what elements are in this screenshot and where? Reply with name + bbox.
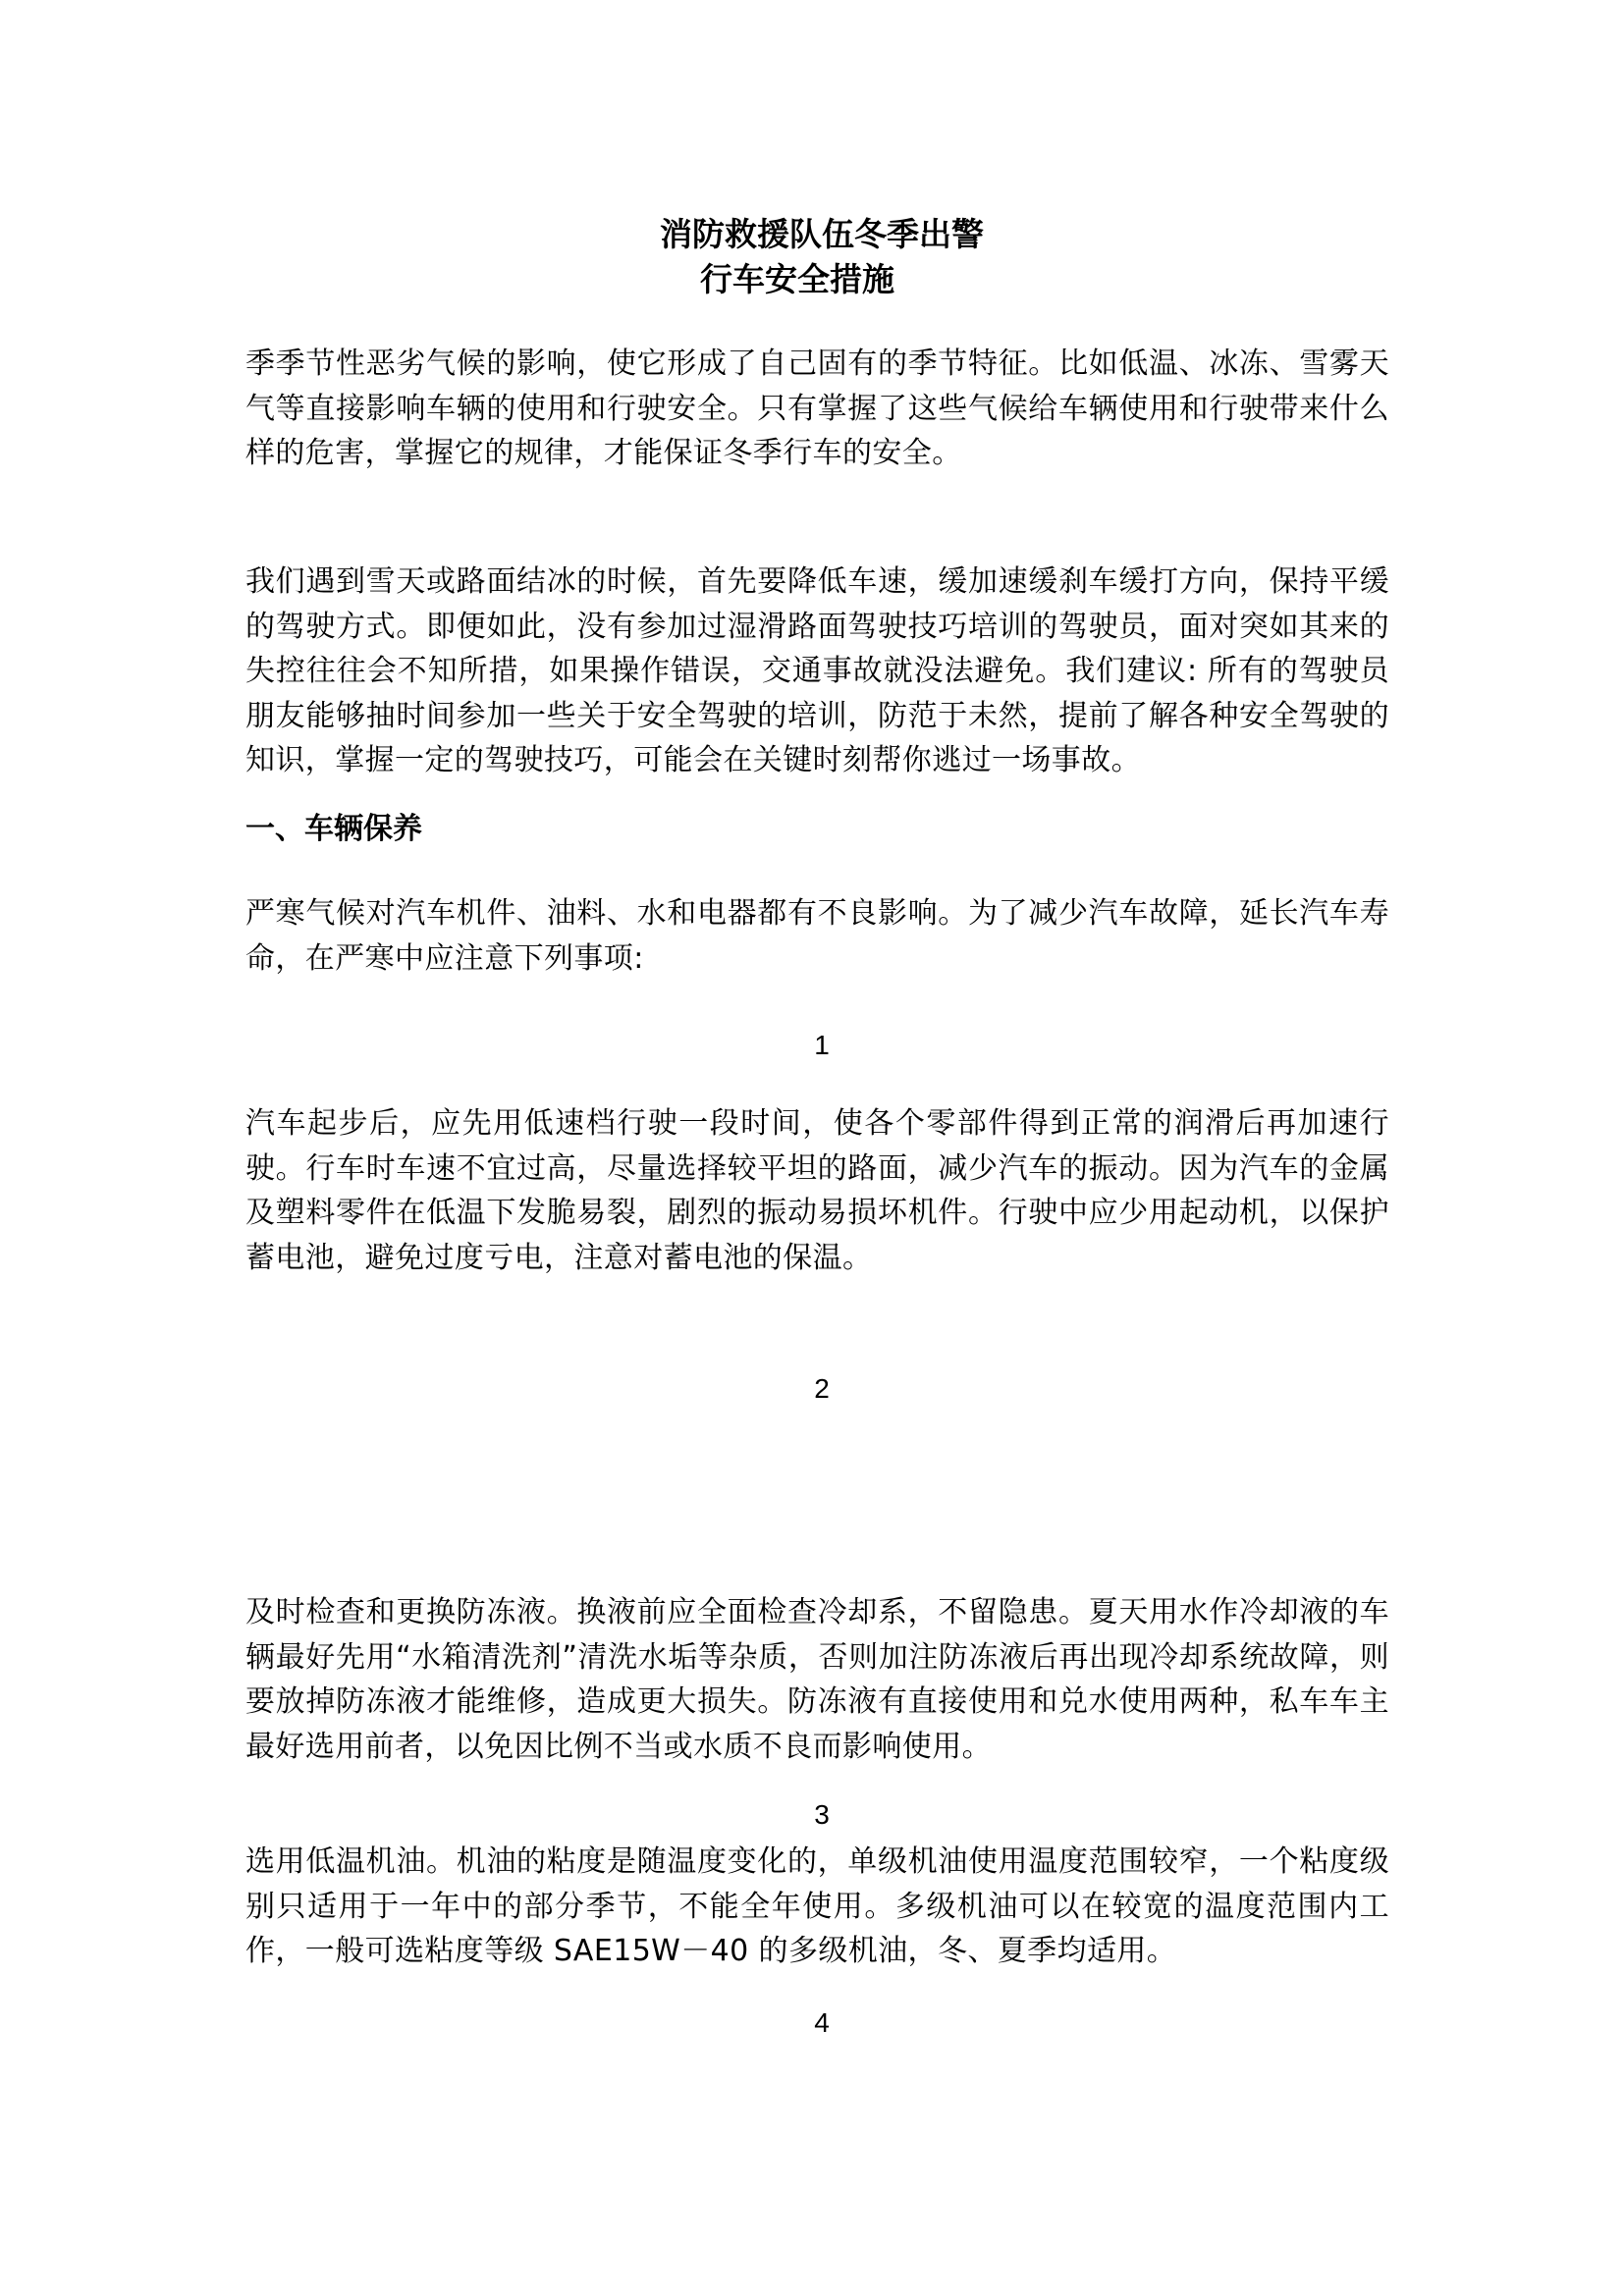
item-number-1: 1 (0, 1029, 1624, 1062)
section-heading-vehicle-maintenance: 一、车辆保养 (245, 807, 422, 851)
item-number-3: 3 (0, 1798, 1624, 1832)
document-title: 消防救援队伍冬季出警 行车安全措施 (0, 212, 1624, 302)
item-number-4: 4 (0, 2006, 1624, 2040)
item-number-2: 2 (0, 1372, 1624, 1406)
intro-paragraph: 季季节性恶劣气候的影响，使它形成了自己固有的季节特征。比如低温、冰冻、雪雾天气等… (245, 342, 1389, 476)
item-3-paragraph: 选用低温机油。机油的粘度是随温度变化的，单级机油使用温度范围较窄，一个粘度级别只… (245, 1840, 1389, 1974)
document-page: 消防救援队伍冬季出警 行车安全措施 季季节性恶劣气候的影响，使它形成了自己固有的… (0, 0, 1624, 2296)
maintenance-intro-paragraph: 严寒气候对汽车机件、油料、水和电器都有不良影响。为了减少汽车故障，延长汽车寿命，… (245, 891, 1389, 981)
title-line-1: 消防救援队伍冬季出警 (0, 212, 1624, 257)
driving-advice-paragraph: 我们遇到雪天或路面结冰的时候，首先要降低车速，缓加速缓刹车缓打方向，保持平缓的驾… (245, 560, 1389, 783)
item-1-paragraph: 汽车起步后，应先用低速档行驶一段时间，使各个零部件得到正常的润滑后再加速行驶。行… (245, 1101, 1389, 1280)
title-line-2: 行车安全措施 (0, 257, 1624, 302)
item-2-paragraph: 及时检查和更换防冻液。换液前应全面检查冷却系，不留隐患。夏天用水作冷却液的车辆最… (245, 1590, 1389, 1769)
